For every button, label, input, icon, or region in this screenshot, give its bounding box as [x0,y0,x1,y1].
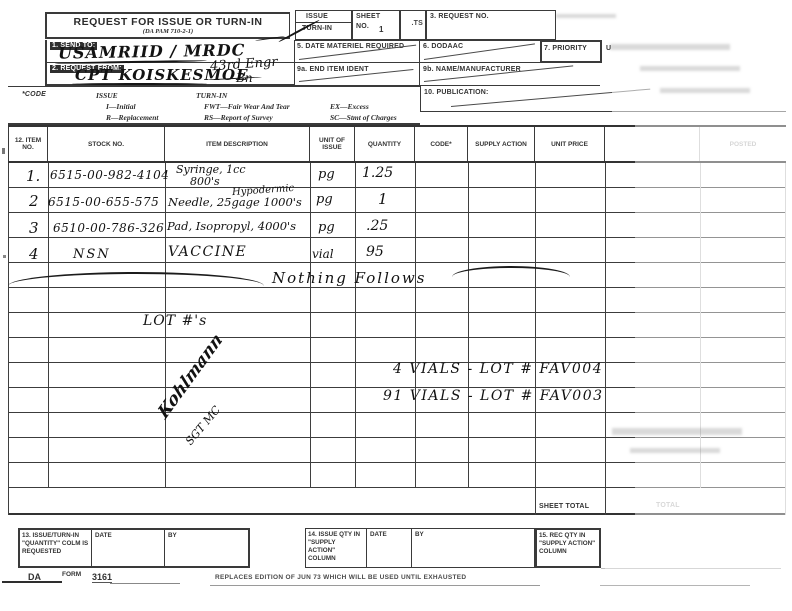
legend-turnin-item-2: RS—Report of Survey [204,113,273,122]
entry-item-2: 2 [29,194,39,209]
legend-issue-item-1: I—Initial [106,102,136,111]
sheet-no-box: SHEET NO. 1 [352,10,400,40]
end-item-box: 9a. END ITEM IDENT [295,63,420,86]
footer-rule-2 [210,585,540,586]
header-total-cost-blank [605,127,700,161]
end-item-label: 9a. END ITEM IDENT [297,66,369,74]
vials-lot-2: 91 VIALS - LOT # FAV003 [383,389,604,403]
issue-option: ISSUE [296,11,351,23]
box14-date-label: DATE [370,531,387,539]
entry-stock-1: 6515-00-982-4104 [50,169,169,181]
priority-box: 7. PRIORITY [540,40,602,63]
grid-line [468,163,469,488]
legend-turnin-title: TURN-IN [196,91,227,100]
box13: 13. ISSUE/TURN-IN "QUANTITY" COLM IS REQ… [18,528,92,568]
header-posted: POSTED [700,127,786,161]
scan-smudge [630,448,720,453]
name-manufacturer-box: 9b. NAME/MANUFACTURER [420,63,600,86]
legend-issue-title: ISSUE [96,91,118,100]
table-row [8,313,786,338]
form-title: REQUEST FOR ISSUE OR TURN-IN [47,16,289,28]
entry-unit-2: pg [316,193,333,206]
header-stock-no: STOCK NO. [48,127,165,161]
box13-label: 13. ISSUE/TURN-IN "QUANTITY" COLM IS REQ… [20,530,91,558]
scan-smudge [640,66,740,71]
box15-label: 15. REC QTY IN "SUPPLY ACTION" COLUMN [537,530,599,558]
grid-line [310,163,311,488]
entry-desc-1a: Syringe, 1cc [176,164,245,175]
header-unit-price: UNIT PRICE [535,127,605,161]
sheet-total-label: SHEET TOTAL [539,503,589,511]
legend-code-label: *CODE [22,91,46,99]
lots-note: LOT #'s [143,314,207,328]
grid-line [355,163,356,488]
grid-line [8,163,9,488]
box14-label: 14. ISSUE QTY IN "SUPPLY ACTION" COLUMN [306,529,366,564]
footer-form-word: FORM [62,571,81,578]
entry-item-3: 3 [29,221,39,236]
form-subtitle: (DA PAM 710-2-1) [47,28,289,35]
form-title-box: REQUEST FOR ISSUE OR TURN-IN (DA PAM 710… [45,12,290,39]
entry-item-4: 4 [29,247,39,262]
vials-lot-1: 4 VIALS - LOT # FAV004 [393,362,603,376]
grid-line [535,163,536,488]
grid-line [605,488,606,515]
grid-line-faint [700,163,701,488]
grid-line [605,163,606,488]
no-sheets-box: .TS [400,10,426,40]
entry-desc-3a: Pad, Isopropyl, 4000's [167,221,296,233]
code-legend-box: *CODE ISSUE TURN-IN I—Initial R—Replacem… [8,86,420,125]
footer-replaces-note: REPLACES EDITION OF JUN 73 WHICH WILL BE… [215,574,466,581]
entry-unit-4: vial [312,248,334,260]
entry-stock-3: 6510-00-786-326 [53,222,164,234]
box13-by: BY [165,528,250,568]
grid-line-faint [785,488,786,515]
sheet-no-label: NO. [356,23,369,31]
entry-qty-1: 1.25 [362,166,393,180]
legend-turnin-item-1: FWT—Fair Wear And Tear [204,102,290,111]
header-quantity: QUANTITY [355,127,415,161]
footer-mark [2,581,62,583]
header-item-no: 12. ITEM NO. [8,127,48,161]
entry-desc-1b: 800's [190,176,220,187]
header-code: CODE* [415,127,468,161]
scan-smudge [610,44,730,50]
entry-qty-4: 95 [366,245,384,259]
sheet-total-row: SHEET TOTAL TOTAL [8,488,786,515]
no-sheets-fragment: .TS [412,20,424,28]
legend-other-item-2: SC—Stmt of Charges [330,113,397,122]
grid-line [415,163,416,488]
table-row [8,238,786,263]
entry-qty-3: .25 [366,219,388,233]
sheet-label: SHEET [356,13,380,21]
header-item-description: ITEM DESCRIPTION [165,127,310,161]
grand-total-faint-label: TOTAL [656,502,680,510]
entry-stock-4: NSN [73,248,111,261]
sheet-no-value: 1 [379,25,384,34]
entry-item-1: 1. [26,169,40,184]
date-materiel-box: 5. DATE MATERIEL REQUIRED [295,40,420,63]
table-header-row: 12. ITEM NO. STOCK NO. ITEM DESCRIPTION … [8,125,786,163]
entry-qty-2: 1 [378,192,388,207]
issue-turnin-box: ISSUE TURN-IN [295,10,352,40]
grid-line [8,488,9,515]
request-no-label: 3. REQUEST NO. [430,13,489,21]
nothing-follows-note: Nothing Follows [272,271,426,286]
table-row [8,338,786,363]
entry-unit-3: pg [318,221,335,234]
dodaac-box: 6. DODAAC [420,40,540,63]
scan-speck [2,148,5,154]
grid-line [535,488,536,515]
legend-issue-item-2: R—Replacement [106,113,159,122]
scan-smudge [612,428,742,435]
box15: 15. REC QTY IN "SUPPLY ACTION" COLUMN [535,528,601,568]
footer-rule-3 [600,585,750,586]
entry-unit-1: pg [318,168,335,181]
box14-date: DATE [367,528,412,568]
table-row [8,288,786,313]
header-unit-of-issue: UNIT OF ISSUE [310,127,355,161]
entry-desc-2a: Needle, 25gage 1000's [168,197,302,209]
legend-other-item-1: EX—Excess [330,102,369,111]
grid-line [48,163,49,488]
scan-smudge [660,88,750,93]
priority-label: 7. PRIORITY [544,45,587,53]
footer-rule [110,583,180,584]
entry-desc-4a: VACCINE [168,245,247,259]
entry-stock-2: 6515-00-655-575 [48,196,159,208]
header-supply-action: SUPPLY ACTION [468,127,535,161]
table-body [8,163,786,488]
box13-by-label: BY [168,532,177,540]
scan-smudge [556,14,616,18]
request-no-box: 3. REQUEST NO. [426,10,556,40]
box13-date-label: DATE [95,532,112,540]
box13-date: DATE [92,528,165,568]
dodaac-label: 6. DODAAC [423,43,463,51]
footer-form-number: 3161 [92,572,112,583]
scanned-form-page: { "header": { "title": "REQUEST FOR ISSU… [0,0,792,611]
publication-label: 10. PUBLICATION: [424,89,489,97]
box14-by: BY [412,528,535,568]
scan-speck [3,255,6,258]
grid-line-faint [785,163,786,488]
request-from-underline [72,83,207,85]
box14: 14. ISSUE QTY IN "SUPPLY ACTION" COLUMN [305,528,367,568]
box15-extension [601,528,781,569]
box14-by-label: BY [415,531,424,539]
table-row [8,463,786,488]
